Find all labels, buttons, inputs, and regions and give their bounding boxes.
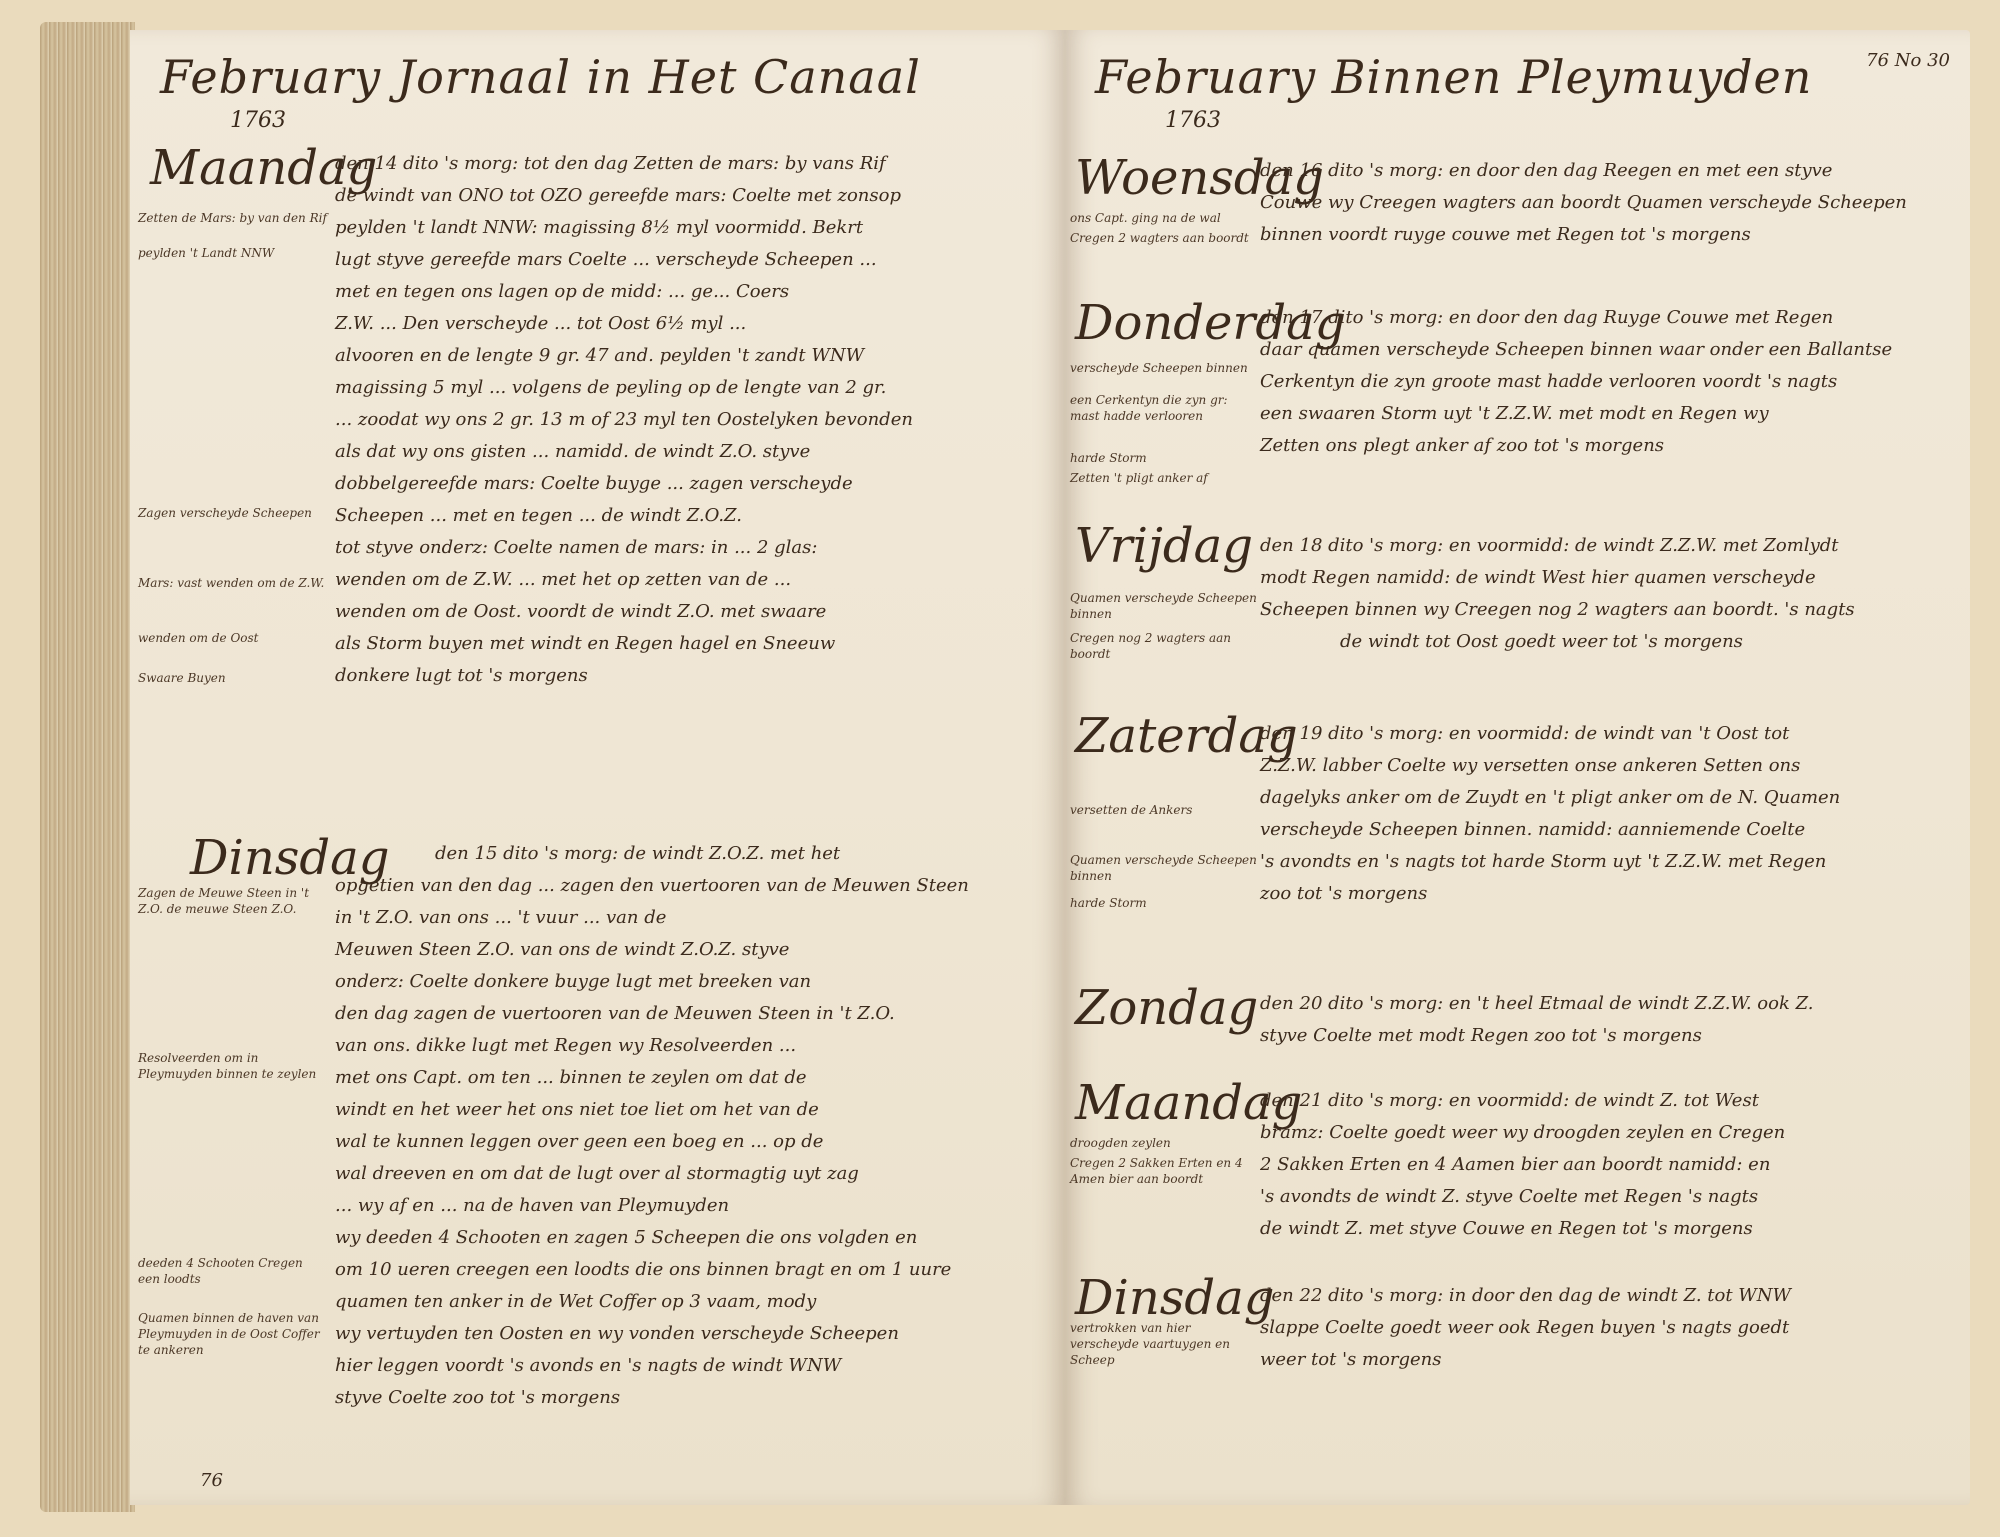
open-logbook: February Jornaal in Het Canaal 1763 Maan… bbox=[40, 22, 1988, 1522]
entry-line: styve Coelte zoo tot 's morgens bbox=[335, 1382, 969, 1414]
margin-note: Swaare Buyen bbox=[138, 670, 328, 686]
entry-line: wy vertuyden ten Oosten en wy vonden ver… bbox=[335, 1318, 969, 1350]
entry-body: den 16 dito 's morg: en door den dag Ree… bbox=[1260, 155, 1907, 251]
page-number: 76 bbox=[200, 1470, 223, 1491]
entry-line: donkere lugt tot 's morgens bbox=[335, 660, 913, 692]
margin-note: deeden 4 Schooten Cregen een loodts bbox=[138, 1255, 328, 1287]
entry-line: Cerkentyn die zyn groote mast hadde verl… bbox=[1260, 366, 1892, 398]
entry-line: ... zoodat wy ons 2 gr. 13 m of 23 myl t… bbox=[335, 404, 913, 436]
entry-line: de windt tot Oost goedt weer tot 's morg… bbox=[1340, 626, 1855, 658]
entry-line: den 19 dito 's morg: en voormidd: de win… bbox=[1260, 718, 1840, 750]
entry-line: 's avondts de windt Z. styve Coelte met … bbox=[1260, 1181, 1785, 1213]
entry-line: in 't Z.O. van ons ... 't vuur ... van d… bbox=[335, 902, 969, 934]
entry-line: wenden om de Oost. voordt de windt Z.O. … bbox=[335, 596, 913, 628]
entry-body: den 22 dito 's morg: in door den dag de … bbox=[1260, 1280, 1791, 1376]
entry-dinsdag-22: Dinsdag bbox=[1075, 1270, 1286, 1326]
margin-note: ons Capt. ging na de wal bbox=[1070, 210, 1260, 226]
entry-line: den 16 dito 's morg: en door den dag Ree… bbox=[1260, 155, 1907, 187]
entry-line: de windt van ONO tot OZO gereefde mars: … bbox=[335, 180, 913, 212]
entry-body: den 15 dito 's morg: de windt Z.O.Z. met… bbox=[335, 838, 969, 1414]
left-page-year: 1763 bbox=[230, 108, 286, 133]
entry-line: den 14 dito 's morg: tot den dag Zetten … bbox=[335, 148, 913, 180]
entry-line: binnen voordt ruyge couwe met Regen tot … bbox=[1260, 219, 1907, 251]
entry-line: dagelyks anker om de Zuydt en 't pligt a… bbox=[1260, 782, 1840, 814]
entry-line: van ons. dikke lugt met Regen wy Resolve… bbox=[335, 1030, 969, 1062]
left-page: February Jornaal in Het Canaal 1763 Maan… bbox=[130, 30, 1065, 1505]
entry-line: den dag zagen de vuertooren van de Meuwe… bbox=[335, 998, 969, 1030]
entry-line: wy deeden 4 Schooten en zagen 5 Scheepen… bbox=[335, 1222, 969, 1254]
entry-line: styve Coelte met modt Regen zoo tot 's m… bbox=[1260, 1020, 1814, 1052]
entry-line: Z.W. ... Den verscheyde ... tot Oost 6½ … bbox=[335, 308, 913, 340]
margin-note: wenden om de Oost bbox=[138, 630, 328, 646]
entry-body: den 19 dito 's morg: en voormidd: de win… bbox=[1260, 718, 1840, 910]
entry-line: lugt styve gereefde mars Coelte ... vers… bbox=[335, 244, 913, 276]
entry-line: een swaaren Storm uyt 't Z.Z.W. met modt… bbox=[1260, 398, 1892, 430]
entry-line: hier leggen voordt 's avonds en 's nagts… bbox=[335, 1350, 969, 1382]
entry-line: wenden om de Z.W. ... met het op zetten … bbox=[335, 564, 913, 596]
entry-line: quamen ten anker in de Wet Coffer op 3 v… bbox=[335, 1286, 969, 1318]
margin-note: Zetten 't pligt anker af bbox=[1070, 470, 1260, 486]
day-heading: Zondag bbox=[1075, 980, 1258, 1036]
margin-note: Cregen 2 Sakken Erten en 4 Amen bier aan… bbox=[1070, 1155, 1260, 1187]
entry-line: 's avondts en 's nagts tot harde Storm u… bbox=[1260, 846, 1840, 878]
entry-line: magissing 5 myl ... volgens de peyling o… bbox=[335, 372, 913, 404]
margin-note: Quamen verscheyde Scheepen binnen bbox=[1070, 852, 1260, 884]
left-page-heading: February Jornaal in Het Canaal bbox=[160, 50, 921, 104]
entry-line: verscheyde Scheepen binnen. namidd: aann… bbox=[1260, 814, 1840, 846]
entry-line: zoo tot 's morgens bbox=[1260, 878, 1840, 910]
entry-vrijdag-18: Vrijdag bbox=[1075, 518, 1265, 574]
entry-line: alvooren en de lengte 9 gr. 47 and. peyl… bbox=[335, 340, 913, 372]
entry-line: onderz: Coelte donkere buyge lugt met br… bbox=[335, 966, 969, 998]
margin-note: Zagen de Meuwe Steen in 't Z.O. de meuwe… bbox=[138, 885, 328, 917]
entry-line: den 18 dito 's morg: en voormidd: de win… bbox=[1260, 530, 1855, 562]
margin-note: harde Storm bbox=[1070, 895, 1260, 911]
margin-note: vertrokken van hier verscheyde vaartuyge… bbox=[1070, 1320, 1260, 1368]
entry-line: windt en het weer het ons niet toe liet … bbox=[335, 1094, 969, 1126]
entry-zondag-20: Zondag bbox=[1075, 980, 1270, 1036]
page-edges bbox=[40, 22, 135, 1512]
entry-body: den 17 dito 's morg: en door den dag Ruy… bbox=[1260, 302, 1892, 462]
entry-body: den 18 dito 's morg: en voormidd: de win… bbox=[1260, 530, 1855, 658]
entry-line: als Storm buyen met windt en Regen hagel… bbox=[335, 628, 913, 660]
entry-line: weer tot 's morgens bbox=[1260, 1344, 1791, 1376]
margin-note: peylden 't Landt NNW bbox=[138, 245, 328, 261]
margin-note: droogden zeylen bbox=[1070, 1135, 1260, 1151]
entry-line: ... wy af en ... na de haven van Pleymuy… bbox=[335, 1190, 969, 1222]
entry-line: Zetten ons plegt anker af zoo tot 's mor… bbox=[1260, 430, 1892, 462]
margin-note: Quamen binnen de haven van Pleymuyden in… bbox=[138, 1310, 328, 1358]
entry-line: wal te kunnen leggen over geen een boeg … bbox=[335, 1126, 969, 1158]
entry-line: Meuwen Steen Z.O. van ons de windt Z.O.Z… bbox=[335, 934, 969, 966]
entry-line: tot styve onderz: Coelte namen de mars: … bbox=[335, 532, 913, 564]
entry-line: Scheepen binnen wy Creegen nog 2 wagters… bbox=[1260, 594, 1855, 626]
entry-line: Scheepen ... met en tegen ... de windt Z… bbox=[335, 500, 913, 532]
entry-line: den 20 dito 's morg: en 't heel Etmaal d… bbox=[1260, 988, 1814, 1020]
margin-note: Quamen verscheyde Scheepen binnen bbox=[1070, 590, 1260, 622]
day-heading: Dinsdag bbox=[1075, 1270, 1274, 1326]
margin-note: verscheyde Scheepen binnen bbox=[1070, 360, 1260, 376]
margin-note: Zagen verscheyde Scheepen bbox=[138, 505, 328, 521]
entry-line: wal dreeven en om dat de lugt over al st… bbox=[335, 1158, 969, 1190]
entry-line: om 10 ueren creegen een loodts die ons b… bbox=[335, 1254, 969, 1286]
entry-line: modt Regen namidd: de windt West hier qu… bbox=[1260, 562, 1855, 594]
entry-line: den 15 dito 's morg: de windt Z.O.Z. met… bbox=[435, 838, 969, 870]
margin-note: Resolveerden om in Pleymuyden binnen te … bbox=[138, 1050, 328, 1082]
margin-note: versetten de Ankers bbox=[1070, 802, 1260, 818]
margin-note: Mars: vast wenden om de Z.W. bbox=[138, 575, 328, 591]
margin-note: Cregen nog 2 wagters aan boordt bbox=[1070, 630, 1260, 662]
margin-note: een Cerkentyn die zyn gr: mast hadde ver… bbox=[1070, 392, 1260, 424]
entry-body: den 21 dito 's morg: en voormidd: de win… bbox=[1260, 1085, 1785, 1245]
entry-line: peylden 't landt NNW: magissing 8½ myl v… bbox=[335, 212, 913, 244]
entry-line: Couwe wy Creegen wagters aan boordt Quam… bbox=[1260, 187, 1907, 219]
day-heading: Vrijdag bbox=[1075, 518, 1253, 574]
entry-line: als dat wy ons gisten ... namidd. de win… bbox=[335, 436, 913, 468]
right-page: February Binnen Pleymuyden 1763 76 No 30… bbox=[1065, 30, 1970, 1505]
entry-line: met ons Capt. om ten ... binnen te zeyle… bbox=[335, 1062, 969, 1094]
margin-note: Zetten de Mars: by van den Rif bbox=[138, 210, 328, 226]
entry-line: bramz: Coelte goedt weer wy droogden zey… bbox=[1260, 1117, 1785, 1149]
entry-line: daar quamen verscheyde Scheepen binnen w… bbox=[1260, 334, 1892, 366]
entry-body: den 20 dito 's morg: en 't heel Etmaal d… bbox=[1260, 988, 1814, 1052]
margin-note: harde Storm bbox=[1070, 450, 1260, 466]
entry-line: Z.Z.W. labber Coelte wy versetten onse a… bbox=[1260, 750, 1840, 782]
entry-line: slappe Coelte goedt weer ook Regen buyen… bbox=[1260, 1312, 1791, 1344]
entry-line: dobbelgereefde mars: Coelte buyge ... za… bbox=[335, 468, 913, 500]
entry-body: den 14 dito 's morg: tot den dag Zetten … bbox=[335, 148, 913, 692]
entry-line: opgetien van den dag ... zagen den vuert… bbox=[335, 870, 969, 902]
entry-line: 2 Sakken Erten en 4 Aamen bier aan boord… bbox=[1260, 1149, 1785, 1181]
entry-line: den 22 dito 's morg: in door den dag de … bbox=[1260, 1280, 1791, 1312]
entry-line: de windt Z. met styve Couwe en Regen tot… bbox=[1260, 1213, 1785, 1245]
entry-line: den 21 dito 's morg: en voormidd: de win… bbox=[1260, 1085, 1785, 1117]
right-page-year: 1763 bbox=[1165, 108, 1221, 133]
margin-note: Cregen 2 wagters aan boordt bbox=[1070, 230, 1260, 246]
right-page-heading: February Binnen Pleymuyden bbox=[1095, 50, 1812, 104]
folio-number: 76 No 30 bbox=[1866, 50, 1950, 71]
entry-line: den 17 dito 's morg: en door den dag Ruy… bbox=[1260, 302, 1892, 334]
entry-line: met en tegen ons lagen op de midd: ... g… bbox=[335, 276, 913, 308]
